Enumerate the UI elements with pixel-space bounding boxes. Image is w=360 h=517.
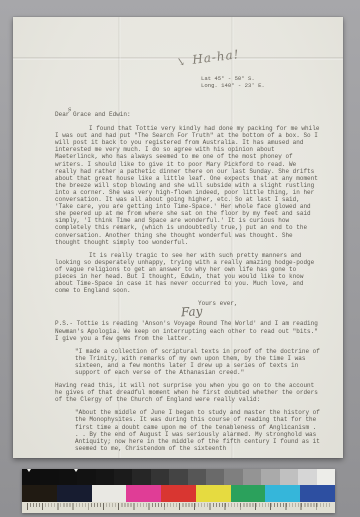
latitude-line: Lat 45° - 50° S. bbox=[201, 75, 265, 82]
signature: Fay bbox=[181, 307, 221, 317]
calibration-swatch bbox=[114, 469, 132, 485]
quotation-2: "About the middle of June I began to stu… bbox=[75, 409, 321, 452]
calibration-swatch bbox=[196, 485, 231, 502]
letter-body: Dear Grace and Edwin: s I found that Tot… bbox=[55, 111, 321, 458]
calibration-swatch bbox=[265, 485, 300, 502]
calibration-swatch bbox=[92, 485, 127, 502]
quotation-1: "I made a collection of scriptural texts… bbox=[75, 348, 321, 376]
calibration-bar bbox=[22, 469, 335, 513]
calibration-swatch bbox=[317, 469, 335, 485]
longitude-line: Long. 140° - 23' E. bbox=[201, 82, 265, 89]
calibration-swatch bbox=[126, 485, 161, 502]
calibration-swatch bbox=[169, 469, 187, 485]
ruler-strip bbox=[22, 502, 335, 513]
paragraph-2: It is really tragic to see her with such… bbox=[55, 252, 321, 295]
calibration-swatch bbox=[231, 485, 266, 502]
calibration-swatch bbox=[57, 485, 92, 502]
grayscale-strip bbox=[22, 469, 335, 485]
postscript-continued: Having read this, it will not surprise y… bbox=[55, 382, 321, 403]
calibration-swatch bbox=[22, 469, 40, 485]
letter-paper: ↘Ha-ha! Lat 45° - 50° S. Long. 140° - 23… bbox=[13, 17, 343, 458]
calibration-swatch bbox=[161, 485, 196, 502]
color-strip bbox=[22, 485, 335, 502]
coordinates-block: Lat 45° - 50° S. Long. 140° - 23' E. bbox=[201, 75, 265, 89]
calibration-swatch bbox=[206, 469, 224, 485]
calibration-swatch bbox=[298, 469, 316, 485]
calibration-swatch bbox=[77, 469, 95, 485]
arrow-icon: ↘ bbox=[175, 54, 188, 69]
handwritten-insert-mark: s bbox=[67, 106, 72, 114]
calibration-swatch bbox=[59, 469, 77, 485]
calibration-swatch bbox=[280, 469, 298, 485]
handwritten-text: Ha-ha! bbox=[191, 47, 240, 67]
calibration-swatch bbox=[243, 469, 261, 485]
calibration-swatch bbox=[96, 469, 114, 485]
calibration-swatch bbox=[224, 469, 242, 485]
postscript: P.S.- Tottie is reading 'Anson's Voyage … bbox=[55, 320, 321, 341]
paragraph-1: I found that Tottie very kindly had done… bbox=[55, 125, 321, 246]
salutation-text: Dear Grace and Edwin: bbox=[55, 111, 131, 118]
photo-background: ↘Ha-ha! Lat 45° - 50° S. Long. 140° - 23… bbox=[0, 0, 360, 517]
handwritten-note: ↘Ha-ha! bbox=[175, 47, 240, 69]
calibration-swatch bbox=[261, 469, 279, 485]
calibration-swatch bbox=[132, 469, 150, 485]
calibration-swatch bbox=[22, 485, 57, 502]
salutation: Dear Grace and Edwin: s bbox=[55, 111, 321, 118]
calibration-swatch bbox=[40, 469, 58, 485]
calibration-swatch bbox=[151, 469, 169, 485]
calibration-swatch bbox=[300, 485, 335, 502]
calibration-swatch bbox=[188, 469, 206, 485]
